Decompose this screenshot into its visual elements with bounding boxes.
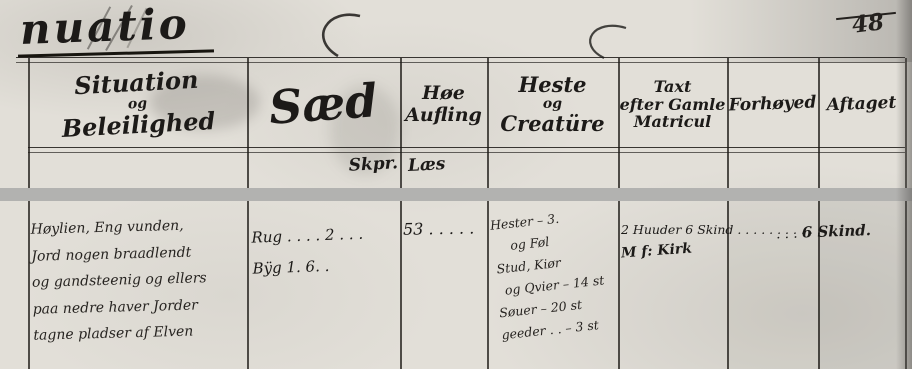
header-line: Høe [422,83,465,104]
entry-heste-creature-values: Hester – 3. og Føl Stud, Kiør og Qvier –… [489,194,702,346]
header-line: Taxt [654,78,692,96]
header-line: Aufling [405,105,482,126]
header-line: Beleilighed [61,108,216,143]
entry-saed-values: Rug . . . . 2 . . . Bÿg 1. 6. . [251,217,403,284]
header-heste-creature: Heste og Creatüre [487,63,618,146]
page-title-fragment: nuatio [19,0,190,54]
header-saed: Sæd [247,63,400,146]
header-line: Forhøyed [728,93,816,115]
leader-dots: . . . [776,225,802,242]
scanned-ledger-page: nuatio 48 Situation og Beleilighed Sæd H… [0,0,912,369]
header-line: Matricul [634,113,711,131]
entry-hoe-value: 53 . . . . . [403,218,493,239]
header-situation-beleilighed: Situation og Beleilighed [26,57,249,151]
entry-line: tagne pladser af Elven [33,317,246,349]
header-hoe-aufling: Høe Aufling [400,63,487,146]
header-line: Aftaget [826,94,896,115]
unit-skipper-label: Skpr. [330,153,399,177]
entry-situation-text: Høylien, Eng vunden, Jord nogen braadlen… [30,211,245,349]
heste-flourish [560,22,640,62]
header-aftaget: Aftaget [817,62,907,148]
entry-line: M f: Kirk [620,239,692,265]
header-forhoeyed: Forhøyed [726,61,820,147]
header-line: Heste [518,73,586,97]
header-line: efter Gamle [620,96,726,114]
unit-laes-label: Læs [408,154,446,176]
scan-stitch-band [0,188,912,201]
header-line: Situation [74,67,199,100]
header-bottom-rule [28,147,905,153]
header-taxt-gamle-matricul: Taxt efter Gamle Matricul [618,63,727,146]
saed-flourish [290,12,380,62]
header-line: og [543,97,562,113]
entry-line: Bÿg 1. 6. . [252,248,403,284]
header-line: Sæd [268,75,380,134]
page-edge-shadow [896,0,912,369]
aftaget-amount: 6 Skind. [801,221,871,241]
header-line: Creatüre [500,112,604,136]
